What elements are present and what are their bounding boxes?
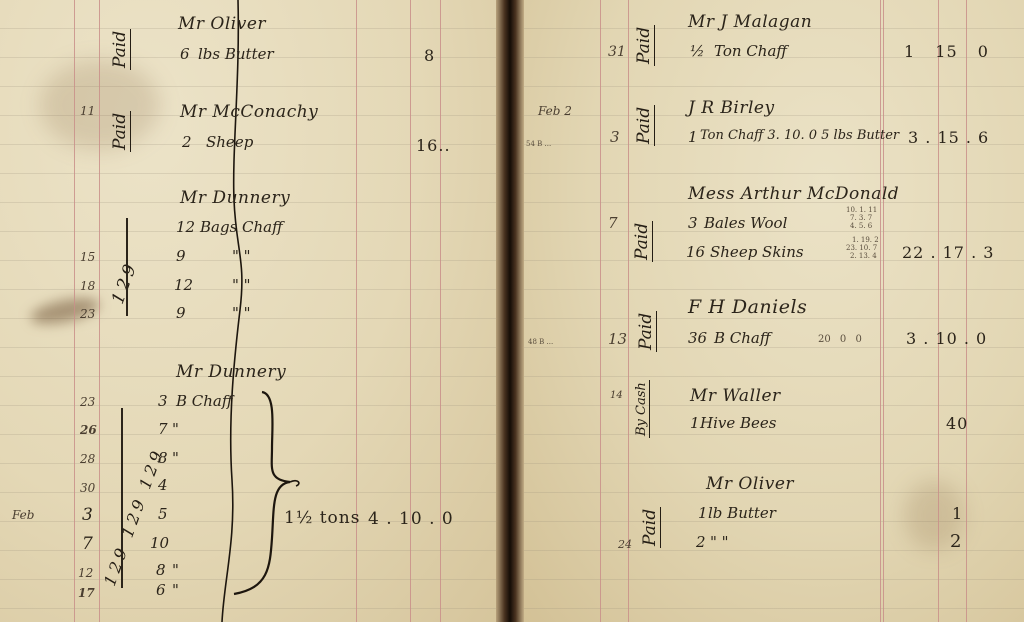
customer-name: F H Daniels — [688, 296, 807, 318]
month-label: Feb — [12, 508, 34, 522]
entry-date: 13 — [608, 330, 627, 348]
line-qty: 2 — [182, 133, 192, 151]
paper-stain — [40, 60, 160, 150]
bracket-total: 1½ tons — [284, 508, 360, 528]
line-amount: 3 . 10 . 0 — [906, 329, 987, 348]
line-item: " " — [232, 276, 251, 294]
line-item: B Chaff — [714, 329, 771, 347]
line-qty: 9 — [176, 304, 186, 322]
customer-name: Mr McConachy — [180, 102, 318, 122]
line-item: " " — [710, 533, 729, 551]
line-qty: 12 — [176, 218, 195, 236]
line-item: Bales Wool — [704, 214, 787, 232]
line-amount: 3 . 15 . 6 — [908, 128, 989, 147]
line-date: 28 — [80, 452, 95, 466]
paid-stamp: Paid — [632, 221, 653, 262]
line-item: " " — [232, 247, 251, 265]
line-item: Sheep Skins — [710, 243, 804, 261]
line-amount: 1 15 0 — [904, 42, 989, 61]
line-item: " " — [232, 304, 251, 322]
line-item: B Chaff — [176, 392, 233, 410]
line-item: " — [172, 449, 179, 467]
bracket-line — [121, 408, 123, 588]
book-spine — [496, 0, 524, 622]
margin-note: 48 B ... — [528, 338, 553, 346]
margin-note: 54 B ... — [526, 140, 551, 148]
line-item: Ton Chaff 3. 10. 0 5 lbs Butter — [700, 128, 899, 143]
column-rule — [880, 0, 881, 622]
paid-stamp: Paid — [110, 29, 131, 70]
line-qty: 10 — [150, 534, 169, 552]
paid-stamp: Paid — [636, 311, 657, 352]
ledger-left-page: Paid Mr Oliver 6 lbs Butter 8 11 Paid Mr… — [0, 0, 496, 622]
line-item: lb Butter — [708, 504, 776, 522]
curly-bracket — [228, 388, 308, 598]
column-rule — [938, 0, 939, 622]
entry-date: 14 — [610, 390, 623, 401]
margin-note: Feb 2 — [538, 104, 572, 118]
margin-rule — [74, 0, 75, 622]
bracket-line — [126, 218, 128, 316]
ledger-right-page: 31 Paid Mr J Malagan ½ Ton Chaff 1 15 0 … — [524, 0, 1024, 622]
customer-name: Mr Dunnery — [176, 362, 286, 382]
account-number: 129 — [108, 258, 142, 307]
line-qty: 4 — [158, 476, 168, 494]
column-rule — [356, 0, 357, 622]
margin-rule — [600, 0, 601, 622]
line-qty: 1 — [688, 128, 698, 146]
paid-stamp: Paid — [634, 105, 655, 146]
entry-amount: 4 . 10 . 0 — [368, 509, 454, 529]
line-date: 15 — [80, 250, 95, 264]
line-date: 18 — [80, 279, 95, 293]
line-date: 7 — [82, 534, 93, 554]
line-item: lbs Butter — [198, 45, 274, 63]
line-qty: 8 — [156, 561, 166, 579]
calc-note: 4. 5. 6 — [850, 222, 872, 230]
line-qty: 6 — [156, 581, 166, 599]
paid-stamp: By Cash — [634, 380, 650, 438]
line-date: 30 — [80, 481, 95, 495]
line-date: 23 — [80, 395, 95, 409]
line-item: " — [172, 420, 179, 438]
customer-name: Mr J Malagan — [688, 12, 812, 32]
line-qty: 6 — [180, 45, 190, 63]
line-qty: 5 — [158, 505, 168, 523]
line-qty: 3 — [158, 392, 168, 410]
line-date: 12 — [78, 566, 93, 580]
entry-date: 11 — [80, 104, 95, 118]
line-qty: 36 — [688, 329, 707, 347]
line-amount: 40 — [946, 414, 968, 433]
calc-note: 1. 19. 2 — [852, 236, 879, 244]
customer-name: Mess Arthur McDonald — [688, 184, 899, 204]
calc-note: 7. 3. 7 — [850, 214, 872, 222]
entry-date: 3 — [610, 128, 620, 146]
line-item: Hive Bees — [700, 414, 776, 432]
line-qty: 16 — [686, 243, 705, 261]
calc-note: 23. 10. 7 — [846, 244, 877, 252]
line-date: 17 — [78, 586, 95, 600]
calc-note: 20 0 0 — [818, 334, 862, 345]
margin-rule — [628, 0, 629, 622]
customer-name: Mr Oliver — [706, 474, 794, 494]
customer-name: J R Birley — [688, 98, 775, 118]
line-amount: 1 — [952, 504, 963, 523]
entry-date: 31 — [608, 44, 626, 60]
paid-stamp: Paid — [110, 111, 131, 152]
margin-rule — [99, 0, 100, 622]
line-date: 26 — [80, 423, 97, 437]
calc-note: 2. 13. 4 — [850, 252, 877, 260]
customer-name: Mr Dunnery — [180, 188, 290, 208]
line-date: 23 — [80, 307, 95, 321]
line-qty: 8 — [158, 449, 168, 467]
line-qty: 1 — [690, 414, 700, 432]
line-qty: 12 — [174, 276, 193, 294]
calc-note: 10. 1. 11 — [846, 206, 877, 214]
line-amount: 8 — [424, 46, 435, 65]
column-rule — [966, 0, 967, 622]
line-item: Sheep — [206, 133, 253, 151]
line-date: 3 — [82, 505, 93, 525]
line-qty: ½ — [690, 42, 705, 60]
line-item: Ton Chaff — [714, 42, 787, 60]
line-item: " — [172, 561, 179, 579]
line-date: 24 — [618, 538, 632, 551]
line-qty: 3 — [688, 214, 698, 232]
line-amount: 16.. — [416, 136, 451, 155]
customer-name: Mr Waller — [690, 386, 781, 406]
entry-date: 7 — [608, 214, 618, 232]
line-amount: 2 — [950, 531, 962, 552]
paid-stamp: Paid — [640, 507, 661, 548]
line-qty: 7 — [158, 420, 168, 438]
line-qty: 9 — [176, 247, 186, 265]
line-qty: 2 — [696, 533, 706, 551]
line-item: Bags Chaff — [200, 218, 283, 236]
entry-amount: 22 . 17 . 3 — [902, 243, 994, 262]
line-item: " — [172, 581, 179, 599]
line-qty: 1 — [698, 504, 708, 522]
paid-stamp: Paid — [634, 25, 655, 66]
customer-name: Mr Oliver — [178, 14, 266, 34]
